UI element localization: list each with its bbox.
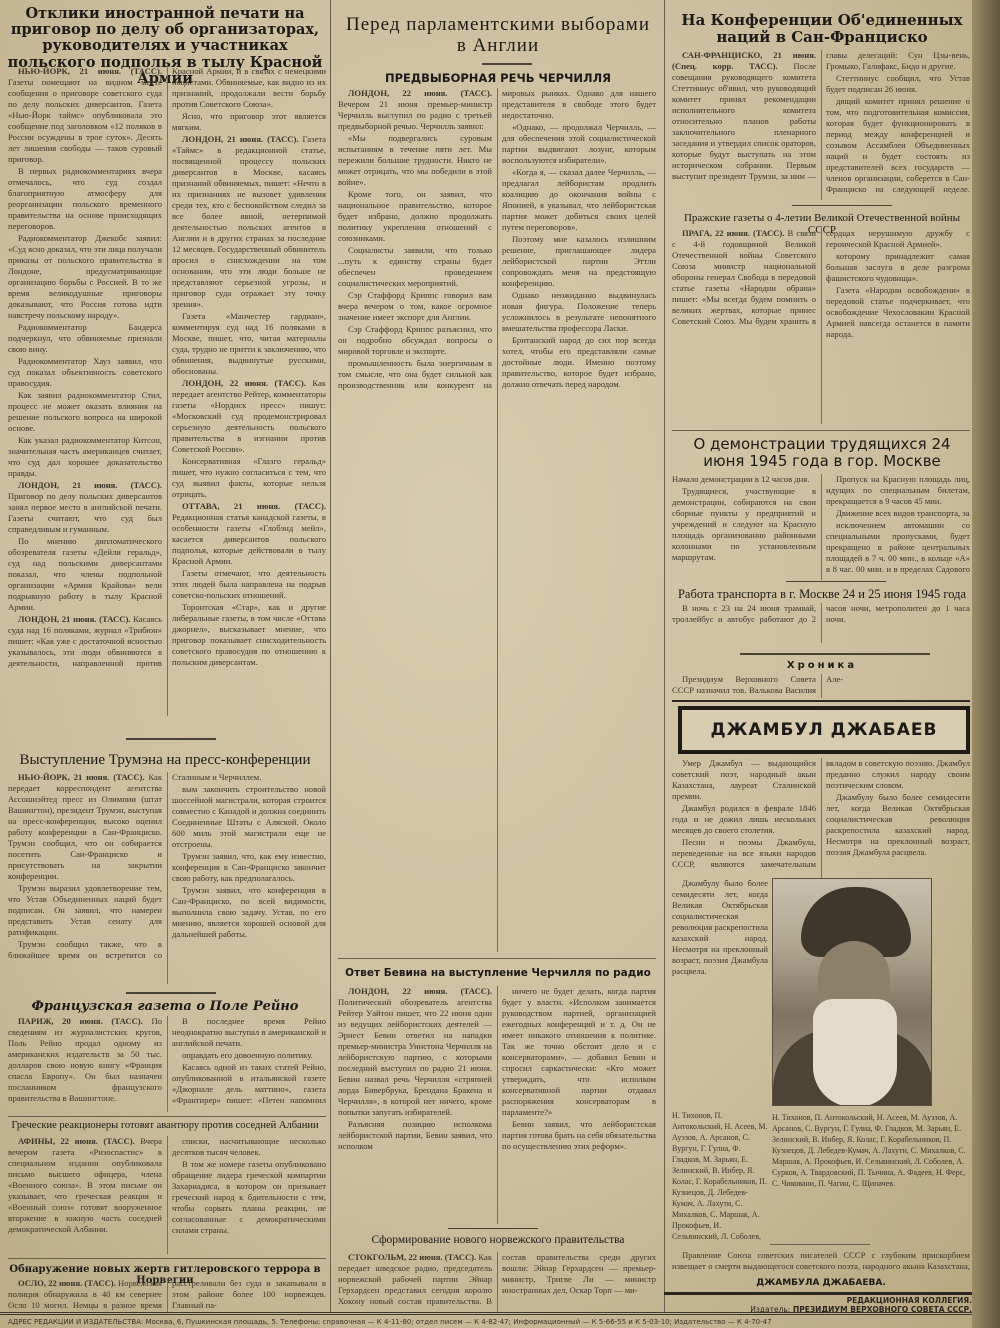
- paragraph: СТОКГОЛЬМ, 22 июня. (ТАСС). Как передает…: [338, 1252, 656, 1312]
- dateline: ЛОНДОН, 21 июня. (ТАСС).: [18, 480, 162, 490]
- paragraph: Президиум Верховного Совета СССР назначи…: [672, 674, 970, 698]
- paragraph-text: Начало демонстрации в 12 часов дня.: [672, 474, 809, 484]
- column-divider: [664, 0, 665, 1312]
- paragraph-text: Поэтому мне казалось излишним решение, п…: [502, 234, 656, 288]
- paragraph-text: Однако неожиданно выдвинулась новая фигу…: [502, 290, 656, 333]
- article-truman: НЬЮ-ЙОРК, 21 июня. (ТАСС). Как передает …: [8, 772, 326, 984]
- mourning-notice: Правление Союза советских писателей СССР…: [672, 1250, 970, 1274]
- dateline: ОСЛО, 22 июня. (ТАСС).: [18, 1278, 118, 1288]
- paragraph: Ясно, что приговор этот является мягким.: [172, 111, 326, 133]
- paragraph-text: Джамбулу было более семидесяти лет, когд…: [672, 878, 768, 976]
- paragraph-text: Политический обозреватель агентства Рейт…: [338, 997, 492, 1117]
- paragraph-text: Как передает агентство Рейтер, комментат…: [172, 378, 326, 454]
- paragraph: Трумэн заявил, что конференция в Сан-Фра…: [172, 885, 326, 940]
- paragraph-text: Вчера вечером газета «Ризоспастис» в спе…: [8, 1136, 162, 1234]
- paragraph: ЛОНДОН, 22 июня. (ТАСС). Вечером 21 июня…: [338, 88, 492, 132]
- dateline: СТОКГОЛЬМ, 22 июня. (ТАСС).: [348, 1252, 478, 1262]
- paragraph: ПАРИЖ, 20 июня. (ТАСС). По сведениям из …: [8, 1016, 162, 1104]
- paragraph-text: По сведениям из журналистских кругов, По…: [8, 1016, 162, 1103]
- paragraph-text: Газета «Манчестер гардиан», комментируя …: [172, 311, 326, 376]
- article-reynaud: ПАРИЖ, 20 июня. (ТАСС). По сведениям из …: [8, 1016, 326, 1112]
- paragraph: списки, насчитывающие несколько десятков…: [172, 1136, 326, 1158]
- headline-demonstration: О демонстрации трудящихся 24 июня 1945 г…: [672, 436, 972, 470]
- article-chronicle: Президиум Верховного Совета СССР назначи…: [672, 674, 970, 698]
- paragraph-text: оправдать его довоенную политику.: [182, 1050, 313, 1060]
- signatories-text: Н. Тихонов, П. Антокольский, Н. Асеев, М…: [672, 1110, 768, 1240]
- paragraph: Стеттиниус сообщил, что Устав будет подп…: [826, 73, 970, 95]
- divider: [8, 1116, 326, 1117]
- dateline: ЛОНДОН, 22 июня. (ТАСС).: [348, 88, 492, 98]
- paragraph-text: Бевин заявил, что лейбористская партия г…: [502, 1119, 656, 1151]
- paragraph-text: Трумэн заявил, что конференция в Сан-Фра…: [172, 885, 326, 939]
- divider: [770, 1244, 870, 1245]
- paragraph-text: Движение всех видов транспорта, за: [836, 508, 970, 518]
- paragraph-text: Президиум Верховного Совета СССР назначи…: [672, 674, 843, 695]
- dateline: ОТТАВА, 21 июня. (ТАСС).: [182, 501, 326, 511]
- paragraph: Трумэн заявил, что, как ему известно, ко…: [172, 851, 326, 884]
- newspaper-page: Отклики иностранной печати на приговор п…: [0, 0, 1000, 1328]
- divider: [664, 1292, 972, 1295]
- jambul-signatories: Н. Тихонов, П. Антокольский, Н. Асеев, М…: [672, 1110, 768, 1240]
- paragraph: ЛОНДОН, 21 июня. (ТАСС). Приговор по дел…: [8, 480, 162, 535]
- paragraph: «Однако, — продолжал Черчилль, — для обе…: [502, 122, 656, 166]
- paragraph: Сэр Стаффорд Криппс разъяснил, что он по…: [338, 324, 492, 357]
- paragraph: АФИНЫ, 22 июня. (ТАСС). Вчера вечером га…: [8, 1136, 162, 1235]
- paragraph-text: Трумэн заявил, что, как ему известно, ко…: [172, 851, 326, 883]
- paragraph: В том же номере газеты опубликовано обра…: [172, 1159, 326, 1236]
- paragraph: ничего не будет делать, когда партия буд…: [502, 986, 656, 1118]
- dateline: НЬЮ-ЙОРК, 21 июня. (ТАСС).: [18, 772, 148, 782]
- paragraph: Трудящиеся, участвующие в демонстрации, …: [672, 486, 816, 563]
- paragraph-text: Ясно, что приговор этот является мягким.: [172, 111, 326, 132]
- paragraph-text: Разъясняя позицию исполкома лейбористско…: [338, 1119, 492, 1151]
- paragraph-text: Сэр Стаффорд Криппс разъяснил, что он по…: [338, 324, 492, 356]
- paragraph: ОСЛО, 22 июня. (ТАСС). Норвежская полици…: [8, 1278, 326, 1312]
- paragraph: Торонтская «Стар», как и другие либераль…: [172, 602, 326, 668]
- divider: [672, 430, 970, 431]
- article-un-conference: САН-ФРАНЦИСКО, 21 июня. (Спец. корр. ТАС…: [672, 50, 970, 200]
- paragraph: Британский народ до сих пор всегда хотел…: [502, 335, 656, 390]
- paragraph-text: Трумэн выразил удовлетворение тем, что У…: [8, 883, 162, 937]
- obituary-title: ДЖАМБУЛ ДЖАБАЕВ: [711, 720, 938, 740]
- paragraph: Однако неожиданно выдвинулась новая фигу…: [502, 290, 656, 334]
- paragraph: Консервативная «Глазго геральд» пишет, ч…: [172, 456, 326, 500]
- headline-reynaud: Французская газета о Поле Рейно: [4, 1000, 326, 1015]
- divider: [740, 653, 930, 655]
- paragraph-text: Редакционная статья канадской газеты, в …: [172, 512, 326, 566]
- paragraph-text: Консервативная «Глазго геральд» пишет, ч…: [172, 456, 326, 499]
- article-prague-papers: ПРАГА, 22 июня. (ТАСС). В связи с 4-й го…: [672, 228, 970, 424]
- paragraph-text: Социалисты заявили, что только ...путь к…: [338, 245, 492, 288]
- footer-address: АДРЕС РЕДАКЦИИ И ИЗДАТЕЛЬСТВА: Москва, 6…: [0, 1312, 1000, 1328]
- dateline: ЛОНДОН, 22 июня. (ТАСС).: [182, 378, 312, 388]
- paragraph: ЛОНДОН, 22 июня. (ТАСС). Как передает аг…: [172, 378, 326, 455]
- paragraph: вым закончить строительство новой шоссей…: [172, 784, 326, 850]
- article-jambul: Умер Джамбул — выдающийся советский поэт…: [672, 758, 970, 878]
- paragraph-text: В том же номере газеты опубликовано обра…: [172, 1159, 326, 1235]
- jambul-signatories-list: Н. Тихонов, П. Антокольский, Н. Асеев, М…: [772, 1112, 970, 1240]
- paragraph-text: Стеттиниус сообщил, что Устав будет подп…: [826, 73, 970, 94]
- article-polish-trial: НЬЮ-ЙОРК, 21 июня. (ТАСС). Газеты помеща…: [8, 66, 326, 716]
- paragraph-text: Сэр Стаффорд Криппс говорил вам вчера ве…: [338, 290, 492, 322]
- paragraph: ЛОНДОН, 21 июня. (ТАСС). Газета «Таймс» …: [172, 134, 326, 310]
- paragraph-text: ничего не будет делать, когда партия буд…: [502, 986, 656, 1117]
- paragraph: ЛОНДОН, 22 июня. (ТАСС). Политический об…: [338, 986, 492, 1118]
- paragraph-text: Газета «Таймс» в редакционной статье, по…: [172, 134, 326, 309]
- headline-un-conference: На Конференции Об'единенных наций в Сан-…: [672, 12, 972, 46]
- paragraph-text: Как передает корреспондент агентства Асс…: [8, 772, 162, 881]
- paragraph-text: списки, насчитывающие несколько десятков…: [172, 1136, 326, 1157]
- divider: [338, 958, 656, 959]
- jambul-portrait-photo: [772, 878, 932, 1106]
- paragraph-text: вым закончить строительство новой шоссей…: [172, 784, 326, 849]
- paragraph-text: Трудящиеся, участвующие в демонстрации, …: [672, 486, 816, 562]
- paragraph: Радиокомментатор Бандерса подчеркнул, чт…: [8, 322, 162, 355]
- paragraph: Пропуск на Красную площадь лиц, идущих п…: [826, 474, 970, 507]
- headline-chronicle: Хроника: [672, 660, 972, 671]
- mourning-name: ДЖАМБУЛА ДЖАБАЕВА.: [672, 1278, 970, 1288]
- paragraph: Кроме того, он заявил, что национальное …: [338, 189, 492, 244]
- paragraph: Движение всех видов транспорта, за: [826, 508, 970, 519]
- divider: [482, 63, 532, 65]
- paragraph: Бевин заявил, что лейбористская партия г…: [502, 1119, 656, 1152]
- paragraph-text: Пропуск на Красную площадь лиц, идущих п…: [826, 474, 970, 506]
- paragraph-text: Торонтская «Стар», как и другие либераль…: [172, 602, 326, 667]
- column-divider: [330, 0, 331, 1312]
- paragraph: В первых радиокомментариях вчера отмечал…: [8, 166, 162, 232]
- paragraph-text: Джамбул родился в феврале 1846 года и не…: [672, 803, 816, 835]
- divider: [448, 1228, 538, 1229]
- dateline: ЛОНДОН, 21 июня. (ТАСС).: [182, 134, 303, 144]
- paragraph-text: Радиокомментатор Хауз заявил, что суд по…: [8, 356, 162, 388]
- paragraph: «Мы подвергались суровым испытаниям в те…: [338, 133, 492, 188]
- divider: [126, 738, 216, 740]
- paragraph: Как указал радиокомментатор Китсон, знач…: [8, 435, 162, 479]
- paragraph-text: которому принадлежит самая большая заслу…: [826, 251, 970, 283]
- article-bevin-reply: ЛОНДОН, 22 июня. (ТАСС). Политический об…: [338, 986, 656, 1224]
- dateline: ПРАГА, 22 июня. (ТАСС).: [682, 228, 787, 238]
- paragraph-text: Радиокомментатор Джекобс заявил: «Суд яс…: [8, 233, 162, 320]
- divider: [8, 1258, 326, 1259]
- paragraph: Газета «Манчестер гардиан», комментируя …: [172, 311, 326, 377]
- article-norway-government: СТОКГОЛЬМ, 22 июня. (ТАСС). Как передает…: [338, 1252, 656, 1312]
- paragraph-text: Как заявил радиокомментатор Стил, процес…: [8, 390, 162, 433]
- paragraph-text: По мнению дипломатического обозревателя …: [8, 536, 162, 612]
- divider: [126, 992, 216, 994]
- paragraph: По мнению дипломатического обозревателя …: [8, 536, 162, 613]
- dateline: ПАРИЖ, 20 июня. (ТАСС).: [18, 1016, 151, 1026]
- paragraph: Умер Джамбул — выдающийся советский поэт…: [672, 758, 816, 802]
- headline-norway-government: Сформирование нового норвежского правите…: [340, 1234, 656, 1247]
- headline-bevin-reply: Ответ Бевина на выступление Черчилля по …: [340, 968, 656, 980]
- paragraph: Джамбулу было более семидесяти лет, когд…: [672, 878, 768, 977]
- paragraph: В ночь с 23 на 24 июня трамвай, троллейб…: [672, 603, 970, 643]
- dateline: ЛОНДОН, 21 июня. (ТАСС).: [18, 614, 133, 624]
- paragraph: оправдать его довоенную политику.: [172, 1050, 326, 1061]
- article-jambul-continued: Джамбулу было более семидесяти лет, когд…: [672, 878, 768, 1118]
- dateline: ЛОНДОН, 22 июня. (ТАСС).: [348, 986, 492, 996]
- signatories-list-text: Н. Тихонов, П. Антокольский, Н. Асеев, М…: [772, 1112, 970, 1189]
- paragraph: Радиокомментатор Хауз заявил, что суд по…: [8, 356, 162, 389]
- paragraph-text: Газеты отмечают, что деятельность этих л…: [172, 568, 326, 600]
- article-norway-terror: ОСЛО, 22 июня. (ТАСС). Норвежская полици…: [8, 1278, 326, 1312]
- paragraph: НЬЮ-ЙОРК, 21 июня. (ТАСС). Как передает …: [8, 772, 162, 882]
- paragraph: Джамбулу было более семидесяти лет, когд…: [826, 792, 970, 858]
- paragraph-text: В первых радиокомментариях вчера отмечал…: [8, 166, 162, 231]
- mourning-text: Правление Союза советских писателей СССР…: [672, 1250, 970, 1274]
- paragraph-text: Радиокомментатор Бандерса подчеркнул, чт…: [8, 322, 162, 354]
- paragraph: Газета «Народни освобождени» в передовой…: [826, 285, 970, 340]
- paragraph: «Когда я, — сказал далее Черчилль, — пре…: [502, 167, 656, 233]
- paragraph-text: Приговор по делу польских диверсантов за…: [8, 491, 162, 534]
- paragraph: Начало демонстрации в 12 часов дня.: [672, 474, 816, 485]
- paragraph-text: Газеты помещают на видном месте сообщени…: [8, 77, 162, 164]
- paragraph: Поэтому мне казалось излишним решение, п…: [502, 234, 656, 289]
- dateline: АФИНЫ, 22 июня. (ТАСС).: [18, 1136, 140, 1146]
- paragraph-text: Кроме того, он заявил, что национальное …: [338, 189, 492, 243]
- obituary-title-box: ДЖАМБУЛ ДЖАБАЕВ: [678, 706, 970, 754]
- article-greek: АФИНЫ, 22 июня. (ТАСС). Вчера вечером га…: [8, 1136, 326, 1254]
- paragraph: которому принадлежит самая большая заслу…: [826, 251, 970, 284]
- paragraph: НЬЮ-ЙОРК, 21 июня. (ТАСС). Газеты помеща…: [8, 66, 162, 165]
- headline-truman: Выступление Трумэна на пресс-конференции: [4, 752, 326, 769]
- paragraph-text: «Мы подвергались суровым испытаниям в те…: [338, 133, 492, 187]
- section-headline-elections: Перед парламентскими выборами в Англии: [340, 14, 656, 57]
- paragraph: Социалисты заявили, что только ...путь к…: [338, 245, 492, 289]
- paragraph: ОТТАВА, 21 июня. (ТАСС). Редакционная ст…: [172, 501, 326, 567]
- page-spine-shadow: [972, 0, 1000, 1328]
- paragraph: Разъясняя позицию исполкома лейбористско…: [338, 1119, 492, 1152]
- dateline: НЬЮ-ЙОРК, 21 июня. (ТАСС).: [18, 66, 162, 76]
- paragraph-text: Вечером 21 июня премьер-министр Черчилль…: [338, 99, 492, 131]
- paragraph-text: Умер Джамбул — выдающийся советский поэт…: [672, 758, 816, 801]
- paragraph-text: Британский народ до сих пор всегда хотел…: [502, 335, 656, 389]
- headline-churchill-speech: ПРЕДВЫБОРНАЯ РЕЧЬ ЧЕРЧИЛЛЯ: [340, 72, 656, 85]
- article-transport: В ночь с 23 на 24 июня трамвай, троллейб…: [672, 603, 970, 643]
- paragraph: Сэр Стаффорд Криппс говорил вам вчера ве…: [338, 290, 492, 323]
- divider: [792, 205, 892, 206]
- divider: [786, 581, 886, 582]
- paragraph-text: Джамбулу было более семидесяти лет, когд…: [826, 792, 970, 857]
- paragraph: Джамбул родился в феврале 1846 года и не…: [672, 803, 816, 836]
- article-demonstration: Начало демонстрации в 12 часов дня.Трудя…: [672, 474, 970, 580]
- paragraph-text: «Когда я, — сказал далее Черчилль, — пре…: [502, 167, 656, 232]
- paragraph-text: Как указал радиокомментатор Китсон, знач…: [8, 435, 162, 478]
- paragraph-text: Газета «Народни освобождени» в передовой…: [826, 285, 970, 339]
- paragraph: Радиокомментатор Джекобс заявил: «Суд яс…: [8, 233, 162, 321]
- paragraph-text: В последнее время Рейно неоднократно выс…: [172, 1016, 326, 1048]
- article-churchill-speech: ЛОНДОН, 22 июня. (ТАСС). Вечером 21 июня…: [338, 88, 656, 952]
- paragraph: Как заявил радиокомментатор Стил, процес…: [8, 390, 162, 434]
- headline-greek: Греческие реакционеры готовят авантюру п…: [4, 1120, 326, 1132]
- paragraph: Трумэн выразил удовлетворение тем, что У…: [8, 883, 162, 938]
- editorial-board: РЕДАКЦИОННАЯ КОЛЛЕГИЯ.: [742, 1296, 972, 1305]
- divider: [672, 700, 970, 702]
- paragraph: Газеты отмечают, что деятельность этих л…: [172, 568, 326, 601]
- paragraph-text: В ночь с 23 на 24 июня трамвай, троллейб…: [672, 603, 970, 624]
- headline-transport: Работа транспорта в г. Москве 24 и 25 ию…: [672, 587, 972, 601]
- paragraph-text: «Однако, — продолжал Черчилль, — для обе…: [502, 122, 656, 165]
- paragraph: В последнее время Рейно неоднократно выс…: [172, 1016, 326, 1049]
